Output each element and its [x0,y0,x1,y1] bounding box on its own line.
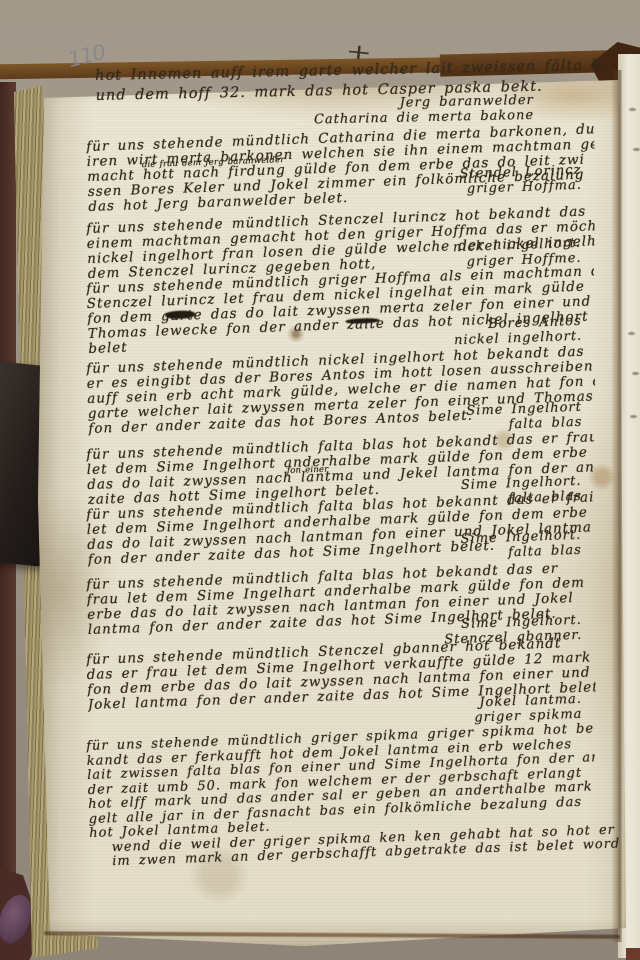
signature-block: Bores Antos nickel ingelhort. [453,314,582,348]
bleedthrough-mark [633,148,640,151]
book-cover-corner-bottom-right [626,948,640,960]
bleedthrough-mark [632,372,639,375]
signature-block: Sime Ingelhort falta blas [466,400,583,434]
signature-block: Jokel lantma. griger spikma [474,692,583,726]
interlinear-insertion: fon einer [287,466,329,476]
manuscript-photo: 110 + hot Innemen auff irem garte welche… [0,0,640,960]
signature-block: Jerg baranwelder Catharina die merta bak… [314,93,535,128]
bleedthrough-mark [628,332,635,335]
bleedthrough-mark [630,415,637,418]
signature-block: Sime Ingelhort. falta blas [460,528,582,562]
signature-block: Stendel Lorincz griger Hoffma. [459,163,582,197]
fore-edge-crease [611,70,622,942]
bleedthrough-mark [629,108,636,111]
register-entry: für uns stehende mündtlich griger spikma… [86,722,598,870]
